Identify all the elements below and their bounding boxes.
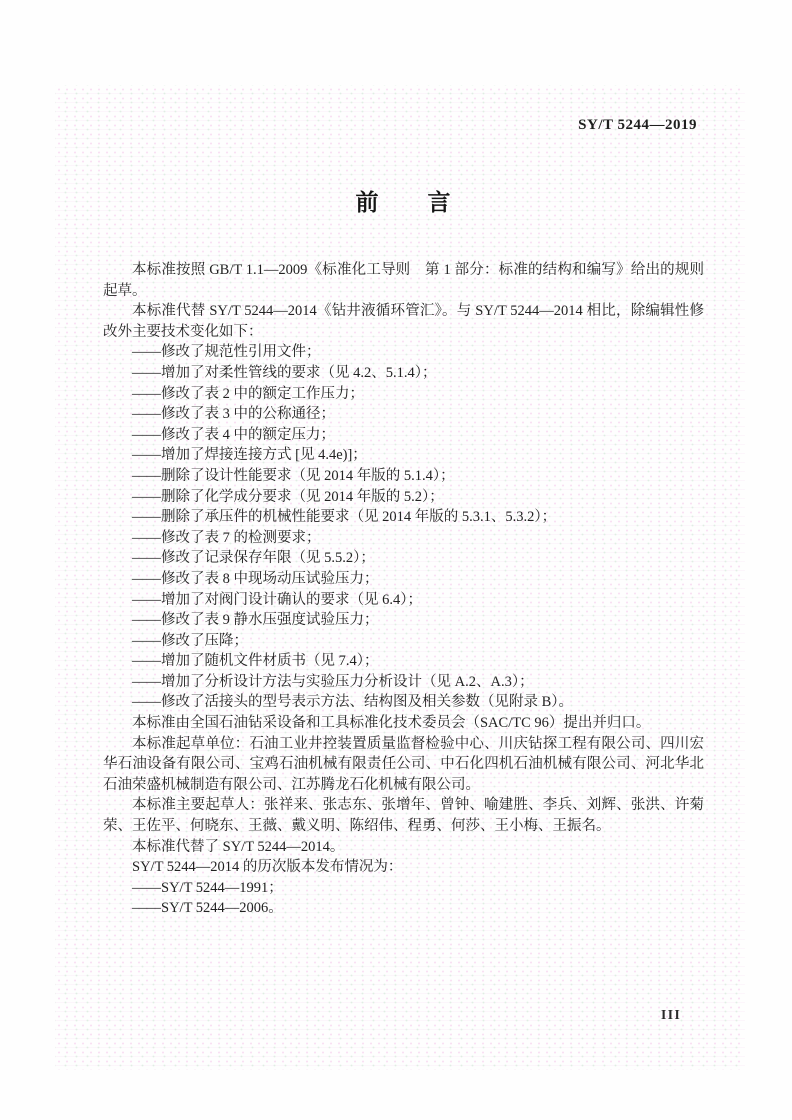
page-number: III: [661, 1007, 681, 1023]
change-item: ——修改了规范性引用文件；: [103, 342, 704, 363]
foreword-body: 本标准按照 GB/T 1.1—2009《标准化工导则 第 1 部分：标准的结构和…: [103, 260, 704, 919]
foreword-paragraph-history-intro: SY/T 5244—2014 的历次版本发布情况为：: [103, 857, 704, 878]
change-item: ——修改了活接头的型号表示方法、结构图及相关参数（见附录 B）。: [103, 692, 704, 713]
change-item: ——修改了表 4 中的额定压力；: [103, 425, 704, 446]
page: { "page": { "doc_code": "SY/T 5244—2019"…: [0, 0, 792, 1120]
foreword-paragraph-drafters: 本标准主要起草人：张祥来、张志东、张增年、曾钟、喻建胜、李兵、刘辉、张洪、许菊荣…: [103, 795, 704, 836]
change-item: ——修改了表 3 中的公称通径；: [103, 404, 704, 425]
history-item: ——SY/T 5244—1991；: [103, 878, 704, 899]
history-item: ——SY/T 5244—2006。: [103, 898, 704, 919]
foreword-paragraph-basis: 本标准按照 GB/T 1.1—2009《标准化工导则 第 1 部分：标准的结构和…: [103, 260, 704, 301]
foreword-paragraph-supersedes: 本标准代替了 SY/T 5244—2014。: [103, 837, 704, 858]
standard-code: SY/T 5244—2019: [578, 117, 697, 134]
change-item: ——增加了随机文件材质书（见 7.4）；: [103, 651, 704, 672]
change-item: ——修改了表 8 中现场动压试验压力；: [103, 569, 704, 590]
change-item: ——删除了化学成分要求（见 2014 年版的 5.2）；: [103, 487, 704, 508]
foreword-paragraph-drafting-units: 本标准起草单位：石油工业井控装置质量监督检验中心、川庆钻探工程有限公司、四川宏华…: [103, 734, 704, 796]
change-item: ——增加了对阀门设计确认的要求（见 6.4）；: [103, 590, 704, 611]
change-item: ——增加了对柔性管线的要求（见 4.2、5.1.4）；: [103, 363, 704, 384]
change-item: ——修改了压降；: [103, 631, 704, 652]
change-item: ——删除了设计性能要求（见 2014 年版的 5.1.4）；: [103, 466, 704, 487]
foreword-paragraph-committee: 本标准由全国石油钻采设备和工具标准化技术委员会（SAC/TC 96）提出并归口。: [103, 713, 704, 734]
change-item: ——增加了分析设计方法与实验压力分析设计（见 A.2、A.3）；: [103, 672, 704, 693]
change-item: ——修改了表 2 中的额定工作压力；: [103, 384, 704, 405]
change-item: ——修改了记录保存年限（见 5.5.2）；: [103, 548, 704, 569]
page-title: 前 言: [103, 184, 704, 217]
change-item: ——修改了表 9 静水压强度试验压力；: [103, 610, 704, 631]
foreword-paragraph-replace: 本标准代替 SY/T 5244—2014《钻井液循环管汇》。与 SY/T 524…: [103, 301, 704, 342]
change-item: ——删除了承压件的机械性能要求（见 2014 年版的 5.3.1、5.3.2）；: [103, 507, 704, 528]
change-item: ——增加了焊接连接方式 [见 4.4e)]；: [103, 445, 704, 466]
change-item: ——修改了表 7 的检测要求；: [103, 528, 704, 549]
